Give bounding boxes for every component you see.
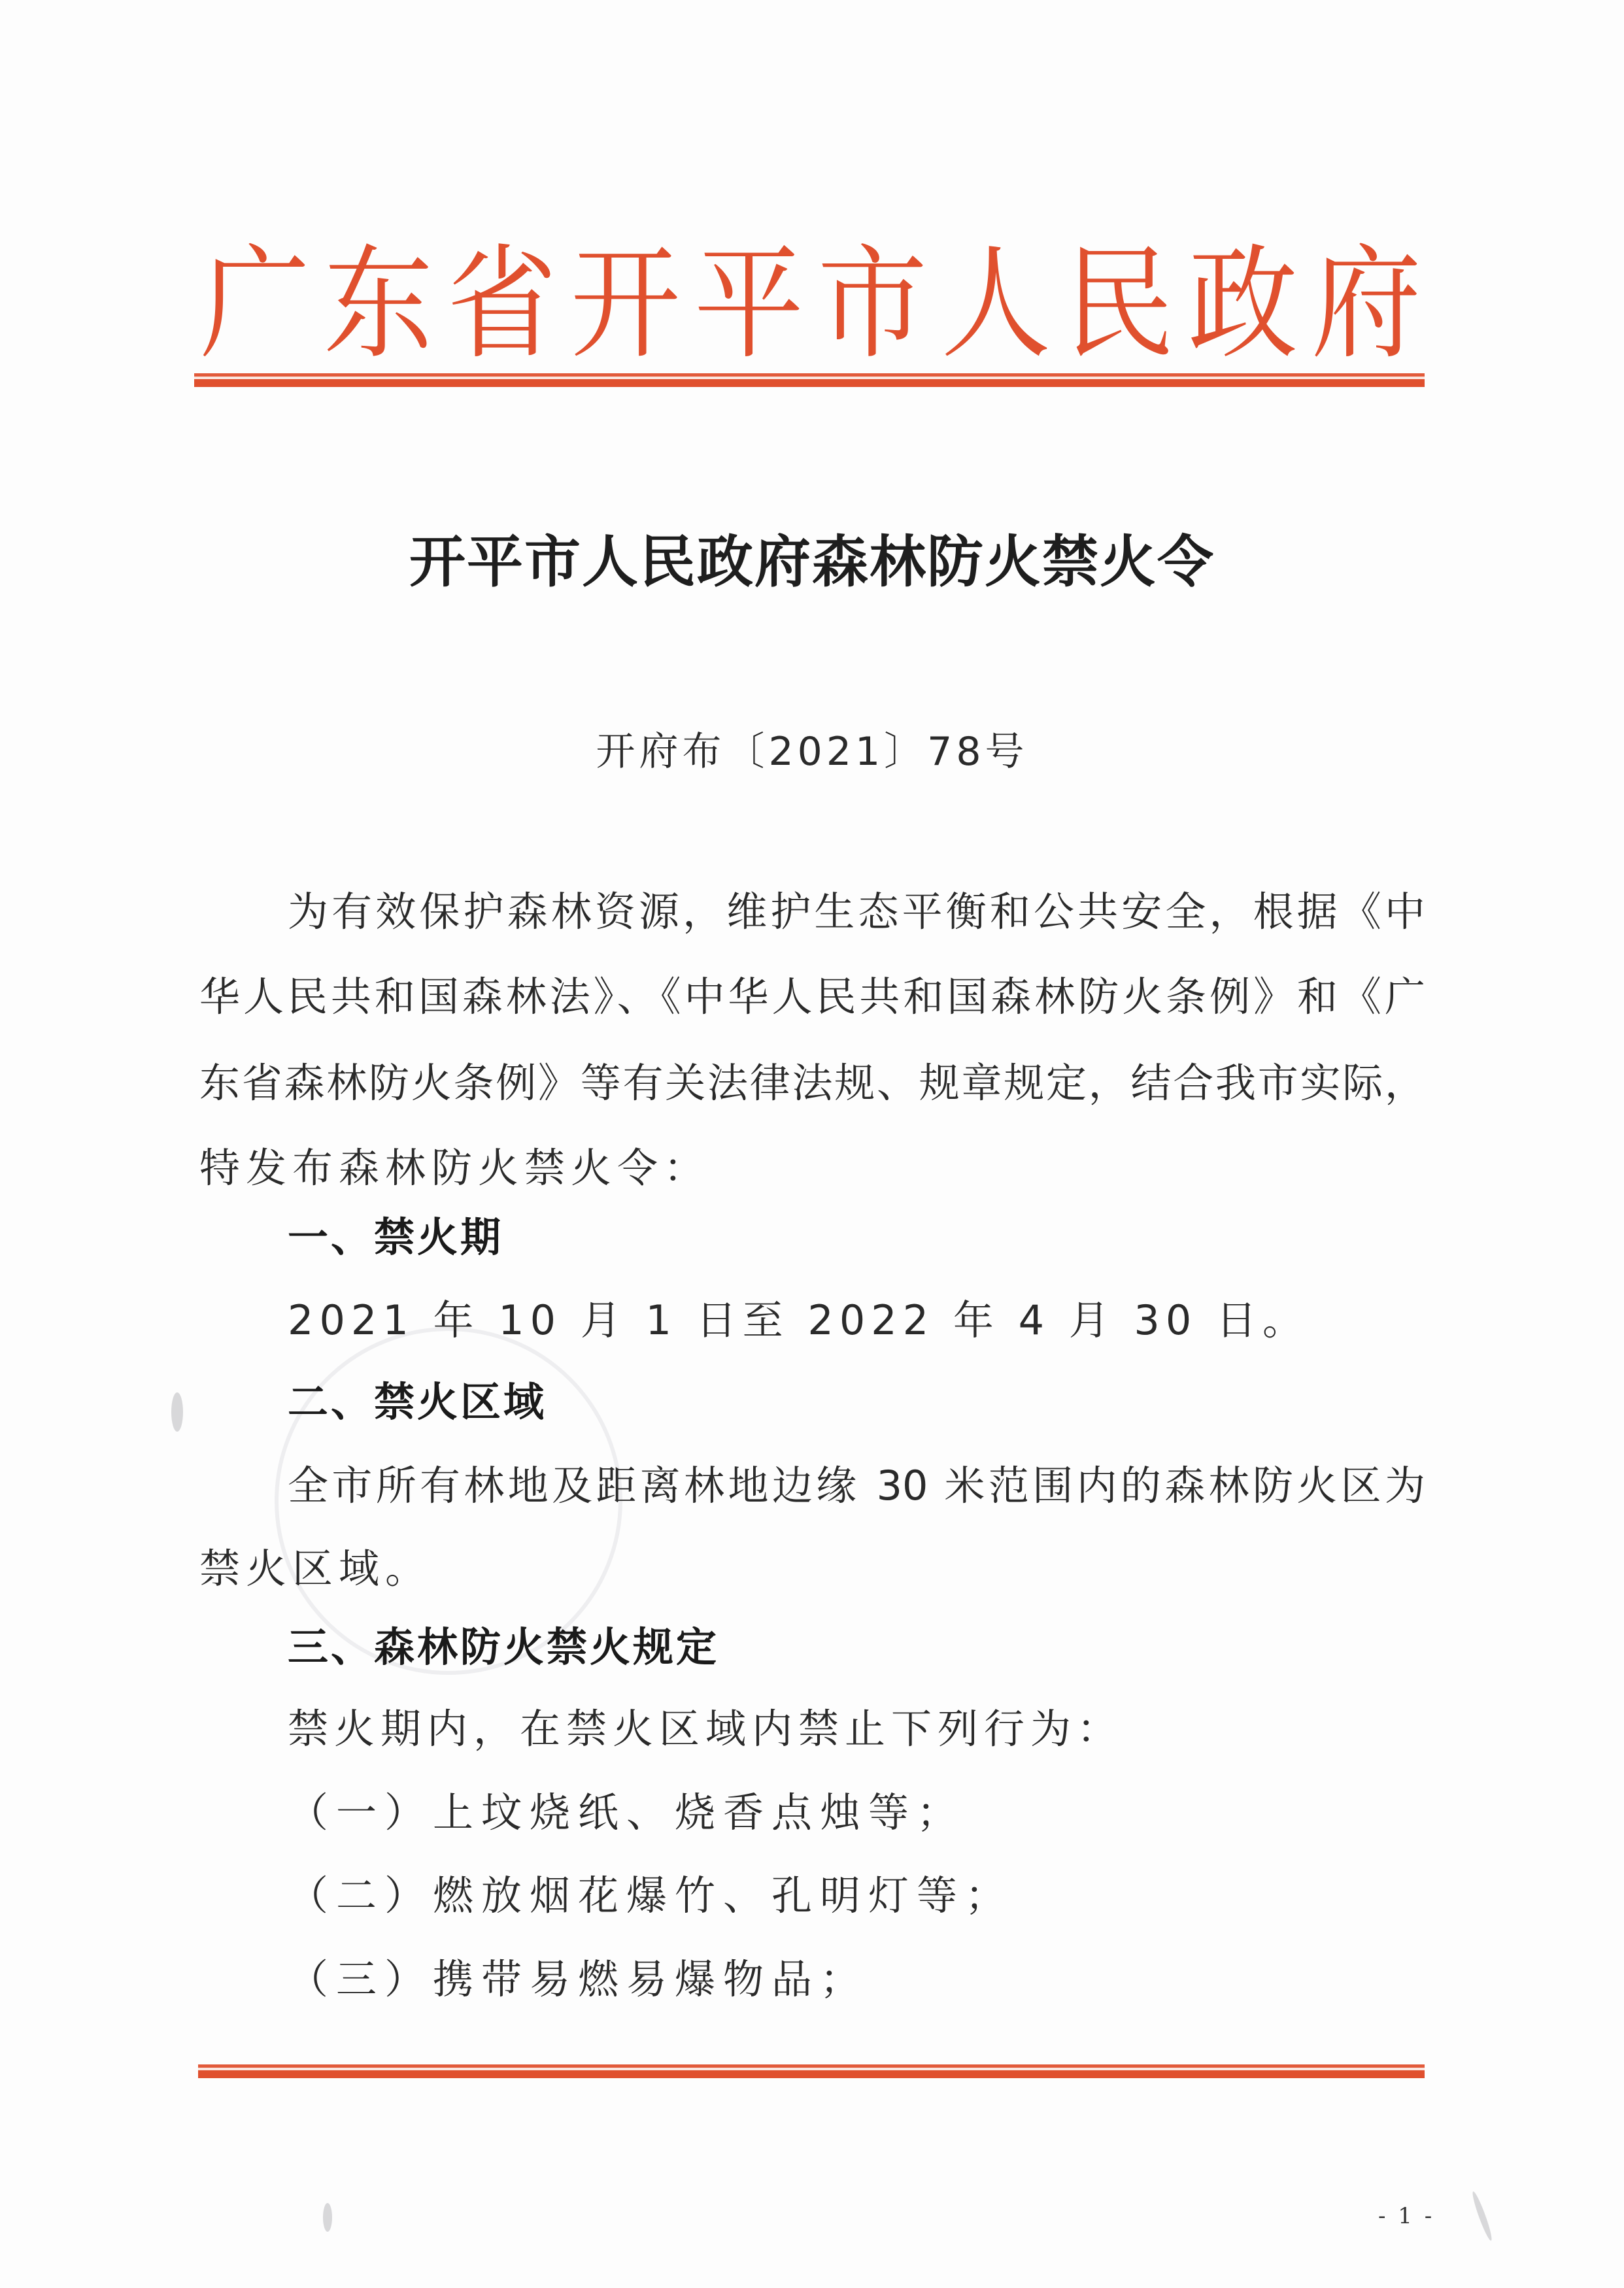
body-text-line: 禁火区域。 [199,1539,1425,1598]
masthead-char: 政 [1184,235,1302,374]
list-item: （三）携带易燃易爆物品； [288,1950,1514,2009]
body-text-line: 为有效保护森林资源，维护生态平衡和公共安全，根据《中 [288,883,1425,941]
body-text-line: 华人民共和国森林法》、《中华人民共和国森林防火条例》和《广 [199,967,1425,1026]
scan-mark [323,2203,332,2232]
masthead-char: 府 [1308,235,1425,374]
scan-mark [171,1392,183,1432]
page-number: - 1 - [1378,2202,1434,2230]
body-text-line: 全市所有林地及距离林地边缘 30 米范围内的森林防火区为 [288,1456,1425,1515]
document-number: 开府布〔2021〕78号 [0,726,1624,778]
list-item: （一）上坟烧纸、烧香点烛等； [288,1783,1514,1842]
body-text-line: 2021 年 10 月 1 日至 2022 年 4 月 30 日。 [288,1291,1425,1350]
masthead-char: 市 [813,235,931,374]
list-item: （二）燃放烟花爆竹、孔明灯等； [288,1866,1514,1925]
section-heading-3: 三、森林防火禁火规定 [288,1618,1425,1677]
body-text-line: 特发布森林防火禁火令： [199,1139,1425,1198]
document-title: 开平市人民政府森林防火禁火令 [0,526,1624,598]
masthead-char: 广 [196,235,314,374]
body-text-line: 东省森林防火条例》等有关法律法规、规章规定，结合我市实际， [199,1054,1425,1113]
footer-red-divider [198,2064,1425,2078]
masthead-char: 人 [937,235,1055,374]
masthead-title: 广 东 省 开 平 市 人 民 政 府 [196,242,1425,366]
section-heading-1: 一、禁火期 [288,1208,1425,1267]
masthead-char: 民 [1060,235,1178,374]
masthead-char: 东 [320,235,437,374]
document-page: 广 东 省 开 平 市 人 民 政 府 开平市人民政府森林防火禁火令 开府布〔2… [0,0,1624,2288]
section-heading-2: 二、禁火区域 [288,1373,1425,1432]
body-text-line: 禁火期内，在禁火区域内禁止下列行为： [288,1700,1425,1758]
masthead-char: 开 [567,235,685,374]
masthead-char: 平 [690,235,808,374]
scan-mark [1470,2191,1495,2242]
masthead-red-divider [194,373,1425,387]
masthead-char: 省 [443,235,561,374]
